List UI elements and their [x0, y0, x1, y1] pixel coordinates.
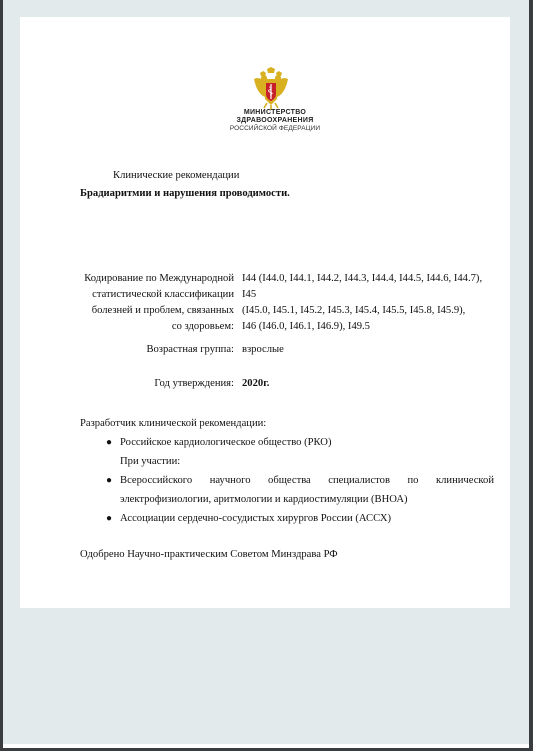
- bullet-icon: ●: [106, 509, 112, 528]
- icd-coding-label: Кодирование по Международной статистичес…: [84, 271, 234, 335]
- ministry-name-line-3: РОССИЙСКОЙ ФЕДЕРАЦИИ: [220, 125, 330, 133]
- ministry-name-line-2: ЗДРАВООХРАНЕНИЯ: [220, 117, 330, 125]
- participant-line: электрофизиологии, аритмологии и кардиос…: [120, 494, 408, 505]
- icd-codes-line: (I45.0, I45.1, I45.2, I45.3, I45.4, I45.…: [242, 303, 482, 319]
- list-item: ● Ассоциации сердечно-сосудистых хирурго…: [80, 509, 494, 528]
- icd-codes: I44 (I44.0, I44.1, I44.2, I44.3, I44.4, …: [242, 271, 482, 335]
- ministry-name: МИНИСТЕРСТВО ЗДРАВООХРАНЕНИЯ РОССИЙСКОЙ …: [220, 109, 330, 133]
- age-group-label: Возрастная группа:: [146, 343, 234, 356]
- icd-codes-line: I44 (I44.0, I44.1, I44.2, I44.3, I44.4, …: [242, 271, 482, 287]
- document-title: Брадиаритмии и нарушения проводимости.: [80, 187, 290, 200]
- participant-line: Ассоциации сердечно-сосудистых хирургов …: [120, 513, 391, 524]
- double-headed-eagle-emblem-icon: [252, 67, 290, 111]
- bullet-icon: ●: [106, 471, 112, 490]
- document-subtitle: Клинические рекомендации: [113, 169, 239, 182]
- developer-heading: Разработчик клинической рекомендации:: [80, 417, 266, 430]
- icd-coding-label-line: статистической классификации: [84, 287, 234, 303]
- icd-codes-line: I45: [242, 287, 482, 303]
- list-item: ● Всероссийского научного общества специ…: [80, 471, 494, 509]
- icd-coding-label-line: болезней и проблем, связанных: [84, 303, 234, 319]
- viewer-bottom-edge: [3, 744, 529, 748]
- list-item: ● Российское кардиологическое общество (…: [80, 433, 494, 452]
- approval-year-label: Год утверждения:: [154, 377, 234, 390]
- document-page: МИНИСТЕРСТВО ЗДРАВООХРАНЕНИЯ РОССИЙСКОЙ …: [20, 17, 510, 608]
- approval-statement: Одобрено Научно-практическим Советом Мин…: [80, 548, 338, 561]
- ministry-name-line-1: МИНИСТЕРСТВО: [220, 109, 330, 117]
- icd-coding-label-line: Кодирование по Международной: [84, 271, 234, 287]
- primary-developer: Российское кардиологическое общество (РК…: [120, 437, 331, 448]
- approval-year-value: 2020г.: [242, 377, 269, 390]
- participant-line: Всероссийского научного общества специал…: [120, 471, 494, 490]
- bullet-icon: ●: [106, 433, 112, 452]
- age-group-value: взрослые: [242, 343, 284, 356]
- developer-list: ● Российское кардиологическое общество (…: [80, 433, 494, 528]
- participation-label: При участии:: [80, 452, 494, 471]
- icd-codes-line: I46 (I46.0, I46.1, I46.9), I49.5: [242, 319, 482, 335]
- icd-coding-label-line: со здоровьем:: [84, 319, 234, 335]
